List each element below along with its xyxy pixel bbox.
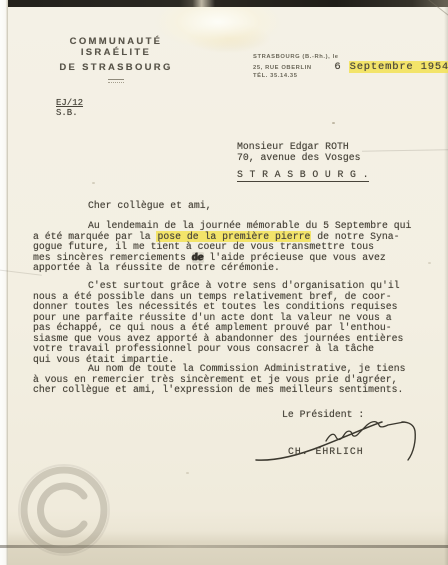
body-line: apportée à la réussite de notre cérémoni… [33,263,418,274]
org-name-line1: COMMUNAUTÉ ISRAÉLITE [36,36,196,58]
salutation: Cher collègue et ami, [88,201,211,212]
paper-crease-right [362,149,448,152]
reference-initials: S.B. [56,108,83,118]
body-text: l'aide précieuse que vous avez [204,252,386,263]
scan-top-edge [0,0,448,7]
date-highlighted: Septembre 1954 [349,61,448,73]
org-name-line2: DE STRASBOURG [36,62,196,73]
letterhead-ornament [108,79,124,83]
recipient-street: 70, avenue des Vosges [237,152,369,163]
letterhead: COMMUNAUTÉ ISRAÉLITE DE STRASBOURG [36,36,196,83]
reference-code: EJ/12 [56,98,83,108]
letterhead-street: 25, RUE OBERLIN [253,64,312,72]
recipient-name: Monsieur Edgar ROTH [237,141,369,152]
paper-speck [428,262,431,264]
body-line: C'est surtout grâce à votre sens d'organ… [33,281,428,292]
paper-speck [186,472,189,474]
recipient-city: S T R A S B O U R G . [237,169,369,182]
body-text: mes sincères remerciements [33,252,192,263]
signature-name: CH. EHRLICH [288,446,364,457]
reference-block: EJ/12 S.B. [56,98,83,118]
paper-speck [332,122,335,124]
highlighted-text: pose de la première pierre [156,231,311,242]
copyright-watermark-icon [8,458,128,562]
paper-speck [92,182,95,184]
letterhead-phone: TÉL. 35.14.35 [253,72,298,80]
body-text: de notre Syna- [311,231,399,242]
body-line: Au nom de toute la Commission Administra… [33,364,428,375]
body-text: a été marquée par la [33,231,156,242]
scanned-letter: COMMUNAUTÉ ISRAÉLITE DE STRASBOURG STRAS… [0,0,448,565]
scan-left-edge [0,0,8,565]
body-line: cher collègue et ami, l'expression de me… [33,385,428,396]
overtyped-correction: de [192,252,204,263]
paragraph-1: Au lendemain de la journée mémorable du … [33,221,418,274]
recipient-block: Monsieur Edgar ROTH 70, avenue des Vosge… [237,141,369,180]
paragraph-3: Au nom de toute la Commission Administra… [33,364,428,396]
paragraph-2: C'est surtout grâce à votre sens d'organ… [33,281,428,365]
date-day: 6 [334,61,348,73]
date-line: 6 Septembre 1954 . [306,49,448,85]
